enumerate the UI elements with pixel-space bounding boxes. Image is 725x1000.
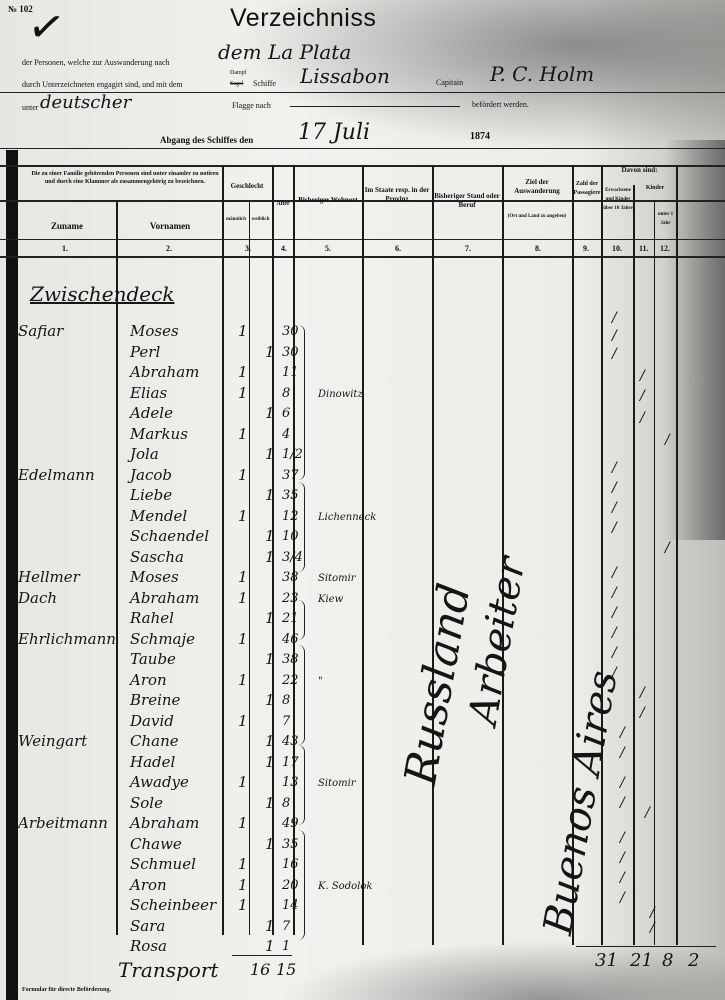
- tally-mark: /: [620, 870, 625, 886]
- tally-mark: /: [640, 685, 645, 701]
- col-state-header: Im Staate resp. in der Provinz: [364, 186, 430, 204]
- male-cell: 1: [238, 425, 248, 443]
- flag-prefix: unter: [22, 103, 38, 112]
- col-occupation-header: Bisheriger Stand oder Beruf: [434, 192, 500, 210]
- age-cell: 6: [282, 406, 290, 421]
- col-age-header: Alter: [273, 200, 293, 209]
- age-cell: 38: [282, 570, 299, 585]
- tally-mark: /: [612, 500, 617, 516]
- female-cell: 1: [265, 732, 275, 750]
- total-col12b: 2: [688, 950, 699, 971]
- male-cell: 1: [238, 671, 248, 689]
- tally-mark: /: [640, 705, 645, 721]
- tally-mark: /: [640, 388, 645, 404]
- total-rule: [232, 955, 292, 956]
- destination: dem La Plata: [218, 40, 351, 64]
- given-name-cell: Markus: [130, 425, 188, 443]
- female-cell: 1: [265, 753, 275, 771]
- female-cell: 1: [265, 650, 275, 668]
- col-residence-header: Bisheriger Wohnort: [296, 196, 360, 205]
- flag-nationality: deutscher: [40, 92, 131, 113]
- tally-mark: /: [612, 585, 617, 601]
- given-name-cell: Chawe: [130, 835, 182, 853]
- footer-note: Formular für directe Beförderung.: [22, 987, 111, 993]
- col-given-header: Vornamen: [120, 222, 220, 231]
- given-name-cell: Abraham: [130, 814, 199, 832]
- transport-label: Transport: [118, 958, 218, 982]
- given-name-cell: David: [130, 712, 174, 730]
- age-cell: 17: [282, 755, 299, 770]
- age-cell: 20: [282, 878, 299, 893]
- male-cell: 1: [238, 466, 248, 484]
- col-number: 3.: [245, 244, 251, 253]
- ship-name: Lissabon: [300, 64, 390, 88]
- surname-cell: Weingart: [18, 732, 87, 750]
- tally-mark: /: [650, 920, 655, 936]
- male-cell: 1: [238, 814, 248, 832]
- col-adults-header: Erwachsene und Kinder über 10 Jahre: [603, 186, 633, 213]
- age-cell: 8: [282, 796, 290, 811]
- col-number: 7.: [465, 244, 471, 253]
- col-destination-note: (Ort und Land zu angeben): [504, 212, 570, 221]
- document-page: № 102 ✓ Verzeichniss der Personen, welch…: [0, 0, 725, 1000]
- surname-cell: Arbeitmann: [18, 814, 108, 832]
- given-name-cell: Sole: [130, 794, 163, 812]
- female-cell: 1: [265, 917, 275, 935]
- family-note: Die zu einer Familie gehörenden Personen…: [30, 170, 220, 186]
- residence-cell: Kiew: [318, 594, 343, 605]
- given-name-cell: Schmaje: [130, 630, 195, 648]
- class-label: Zwischendeck: [30, 282, 174, 306]
- tally-mark: /: [620, 745, 625, 761]
- tally-mark: /: [612, 520, 617, 536]
- female-cell: 1: [265, 527, 275, 545]
- age-cell: 30: [282, 324, 299, 339]
- tally-mark: /: [612, 460, 617, 476]
- tally-mark: /: [620, 795, 625, 811]
- female-cell: 1: [265, 691, 275, 709]
- age-cell: 35: [282, 488, 299, 503]
- tally-mark: /: [620, 725, 625, 741]
- departure-year: 1874: [470, 131, 490, 142]
- col-count-header: Zahl der Passagiere: [573, 180, 601, 198]
- age-cell: 16: [282, 857, 299, 872]
- given-name-cell: Adele: [130, 404, 173, 422]
- residence-cell: Lichenneck: [318, 512, 376, 523]
- given-name-cell: Scheinbeer: [130, 896, 216, 914]
- given-name-cell: Sara: [130, 917, 165, 935]
- col-number: 2.: [166, 244, 172, 253]
- total-rule: [576, 946, 716, 947]
- reference-number: № 102: [8, 4, 33, 14]
- female-cell: 1: [265, 937, 275, 955]
- age-cell: 1: [282, 939, 290, 954]
- tally-mark: /: [665, 540, 670, 556]
- age-cell: 23: [282, 591, 299, 606]
- tally-mark: /: [640, 410, 645, 426]
- age-cell: 12: [282, 509, 299, 524]
- tally-mark: /: [612, 346, 617, 362]
- given-name-cell: Taube: [130, 650, 176, 668]
- captain-name: P. C. Holm: [490, 62, 594, 86]
- given-name-cell: Awadye: [130, 773, 189, 791]
- col-children-header: Kinder: [634, 184, 676, 193]
- tally-mark: /: [620, 775, 625, 791]
- given-name-cell: Aron: [130, 671, 167, 689]
- given-name-cell: Breine: [130, 691, 180, 709]
- line2-label: durch Unterzeichneten engagirt sind, und…: [22, 80, 183, 89]
- surname-cell: Hellmer: [18, 568, 80, 586]
- total-female: 15: [276, 960, 296, 979]
- total-col11: 21: [630, 950, 653, 971]
- given-name-cell: Schaendel: [130, 527, 209, 545]
- given-name-cell: Liebe: [130, 486, 172, 504]
- table-border: [0, 148, 725, 149]
- tally-mark: /: [612, 645, 617, 661]
- col-number: 1.: [62, 244, 68, 253]
- family-bracket: [298, 325, 305, 480]
- vessel-suffix: Schiffe: [253, 79, 276, 88]
- given-name-cell: Jacob: [130, 466, 172, 484]
- male-cell: 1: [238, 363, 248, 381]
- age-cell: 11: [282, 365, 299, 380]
- tally-mark: /: [640, 368, 645, 384]
- male-cell: 1: [238, 589, 248, 607]
- tally-mark: /: [620, 890, 625, 906]
- tally-mark: /: [650, 905, 655, 921]
- given-name-cell: Elias: [130, 384, 167, 402]
- age-cell: 21: [282, 611, 299, 626]
- given-name-cell: Hadel: [130, 753, 175, 771]
- male-cell: 1: [238, 712, 248, 730]
- tally-mark: /: [612, 605, 617, 621]
- vessel-type-steam: Dampf: [230, 70, 247, 76]
- age-cell: 8: [282, 693, 290, 708]
- male-cell: 1: [238, 855, 248, 873]
- col-sex-header: Geschlecht: [222, 182, 272, 191]
- tally-mark: /: [645, 805, 650, 821]
- age-cell: 8: [282, 386, 290, 401]
- family-bracket: [298, 830, 305, 940]
- tally-mark: /: [612, 665, 617, 681]
- surname-cell: Edelmann: [18, 466, 95, 484]
- residence-cell: Sitomir: [318, 778, 356, 789]
- col-number: 4.: [281, 244, 287, 253]
- age-cell: 22: [282, 673, 299, 688]
- col-number: 5.: [325, 244, 331, 253]
- age-cell: 49: [282, 816, 299, 831]
- col-destination-header: Ziel der Auswanderung: [504, 178, 570, 196]
- male-cell: 1: [238, 507, 248, 525]
- col-number: 8.: [535, 244, 541, 253]
- col-female-header: weiblich: [249, 215, 272, 224]
- age-cell: 13: [282, 775, 299, 790]
- female-cell: 1: [265, 835, 275, 853]
- age-cell: 35: [282, 837, 299, 852]
- tally-mark: /: [612, 310, 617, 326]
- tally-mark: /: [612, 625, 617, 641]
- given-name-cell: Chane: [130, 732, 179, 750]
- residence-cell: K. Sodolok: [318, 881, 372, 892]
- residence-cell: ": [318, 676, 323, 687]
- age-cell: 38: [282, 652, 299, 667]
- col-male-header: männlich: [223, 215, 249, 224]
- captain-label: Capitain: [436, 78, 463, 87]
- surname-cell: Ehrlichmann: [18, 630, 116, 648]
- given-name-cell: Schmuel: [130, 855, 196, 873]
- male-cell: 1: [238, 896, 248, 914]
- age-cell: 10: [282, 529, 299, 544]
- col-number: 9.: [583, 244, 589, 253]
- surname-cell: Safiar: [18, 322, 63, 340]
- checkmark-icon: ✓: [24, 0, 69, 56]
- flag-suffix: befördert werden.: [472, 100, 529, 109]
- female-cell: 1: [265, 343, 275, 361]
- page-title: Verzeichniss: [230, 4, 376, 33]
- male-cell: 1: [238, 384, 248, 402]
- total-male: 16: [250, 960, 270, 979]
- group-header: Davon sind:: [603, 166, 676, 175]
- age-cell: 7: [282, 919, 290, 934]
- age-cell: 37: [282, 468, 299, 483]
- given-name-cell: Abraham: [130, 589, 199, 607]
- tally-mark: /: [620, 850, 625, 866]
- female-cell: 1: [265, 609, 275, 627]
- given-name-cell: Rahel: [130, 609, 174, 627]
- line1-label: der Personen, welche zur Auswanderung na…: [22, 58, 170, 67]
- surname-cell: Dach: [18, 589, 57, 607]
- male-cell: 1: [238, 568, 248, 586]
- age-cell: 46: [282, 632, 299, 647]
- col-number: 11.: [639, 244, 649, 253]
- tally-mark: /: [612, 480, 617, 496]
- flag-label: Flagge nach: [232, 101, 271, 110]
- male-cell: 1: [238, 630, 248, 648]
- total-col12: 8: [662, 950, 673, 971]
- col-number: 10.: [612, 244, 622, 253]
- female-cell: 1: [265, 794, 275, 812]
- given-name-cell: Moses: [130, 322, 179, 340]
- residence-cell: Sitomir: [318, 573, 356, 584]
- age-cell: 14: [282, 898, 299, 913]
- col-surname-header: Zuname: [22, 222, 112, 231]
- male-cell: 1: [238, 322, 248, 340]
- given-name-cell: Perl: [130, 343, 160, 361]
- age-cell: 43: [282, 734, 299, 749]
- col-infants-header: unter 1 Jahr: [655, 210, 676, 228]
- tally-mark: /: [620, 830, 625, 846]
- flag-dest-line: [290, 106, 460, 107]
- female-cell: 1: [265, 486, 275, 504]
- departure-date: 17 Juli: [298, 120, 370, 145]
- age-cell: 4: [282, 427, 290, 442]
- family-bracket: [298, 482, 305, 572]
- tally-mark: /: [612, 565, 617, 581]
- age-cell: 30: [282, 345, 299, 360]
- residence-cell: Dinowitz: [318, 389, 363, 400]
- given-name-cell: Rosa: [130, 937, 167, 955]
- female-cell: 1: [265, 548, 275, 566]
- family-bracket: [298, 600, 305, 640]
- given-name-cell: Sascha: [130, 548, 184, 566]
- given-name-cell: Abraham: [130, 363, 199, 381]
- given-name-cell: Moses: [130, 568, 179, 586]
- vessel-type-sail: Segel: [230, 81, 243, 87]
- family-bracket: [298, 745, 305, 825]
- female-cell: 1: [265, 404, 275, 422]
- tally-mark: /: [665, 432, 670, 448]
- tally-mark: /: [612, 328, 617, 344]
- col-number: 6.: [395, 244, 401, 253]
- given-name-cell: Jola: [130, 445, 159, 463]
- age-cell: 7: [282, 714, 290, 729]
- given-name-cell: Aron: [130, 876, 167, 894]
- male-cell: 1: [238, 773, 248, 791]
- total-col10: 31: [595, 950, 618, 971]
- family-bracket: [298, 645, 305, 745]
- female-cell: 1: [265, 445, 275, 463]
- departure-label: Abgang des Schiffes den: [160, 135, 253, 145]
- male-cell: 1: [238, 876, 248, 894]
- given-name-cell: Mendel: [130, 507, 187, 525]
- col-number: 12.: [660, 244, 670, 253]
